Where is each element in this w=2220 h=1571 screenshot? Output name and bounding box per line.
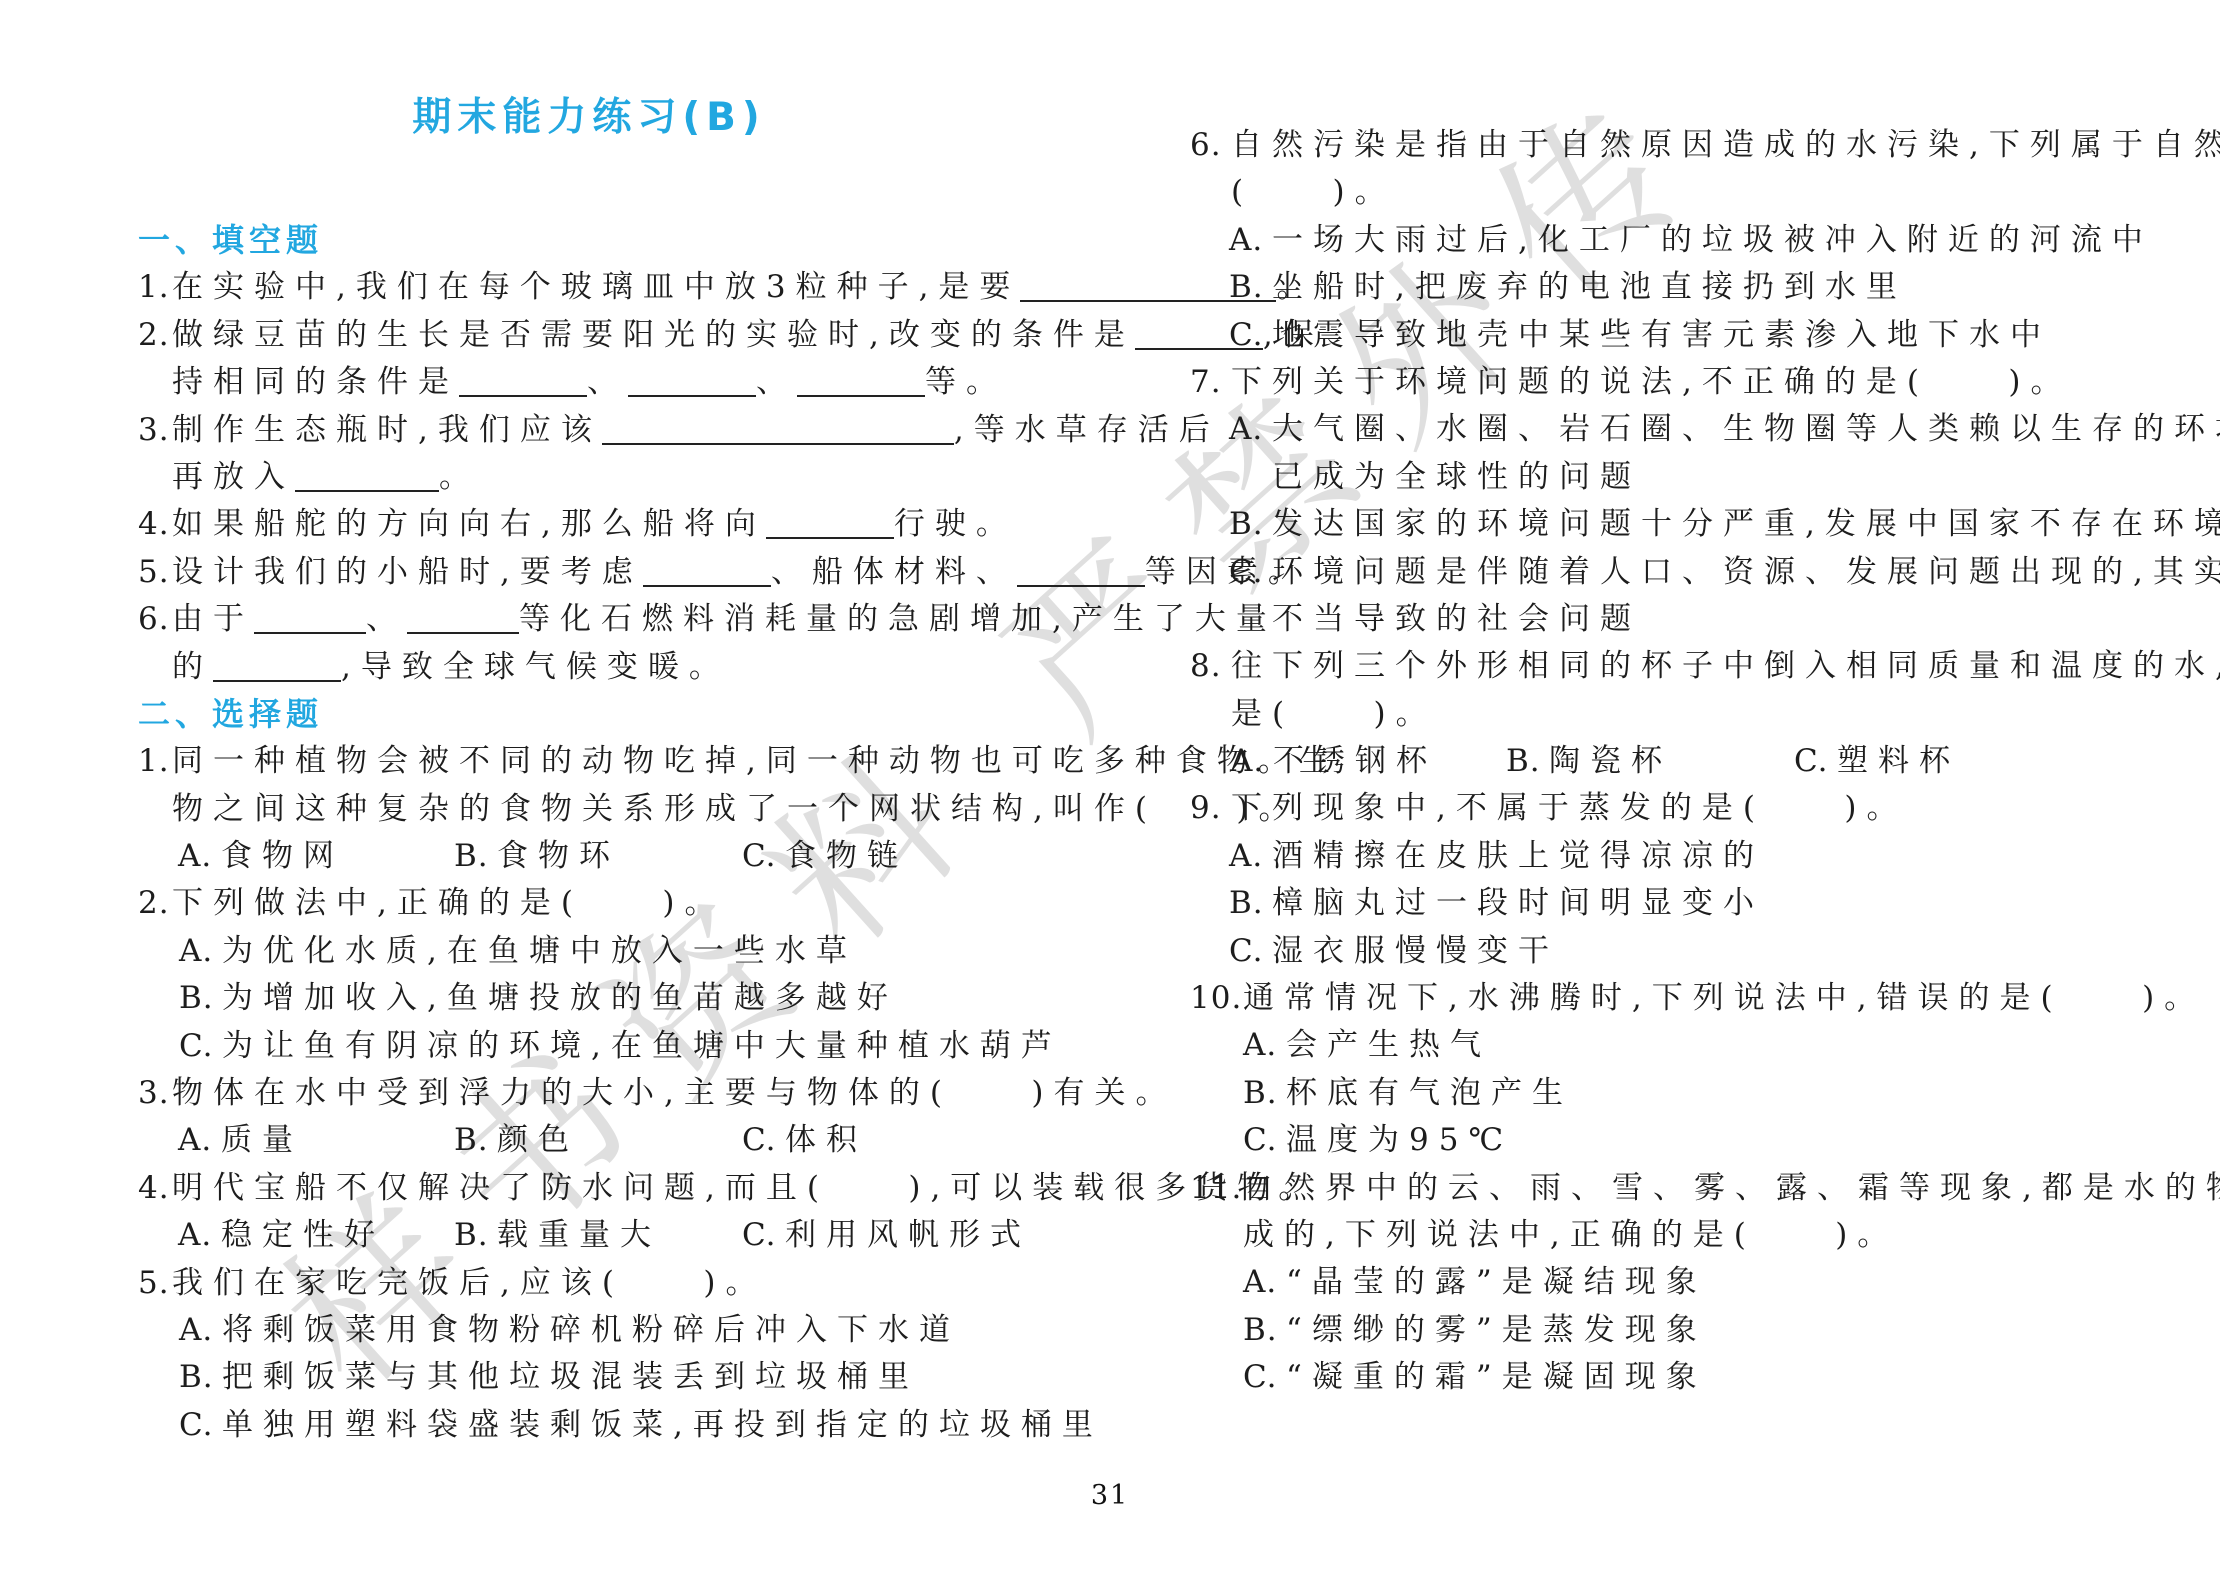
option-line: A.质量 [178,1117,303,1164]
option-text: 把剩饭菜与其他垃圾混装丢到垃圾桶里 [222,1354,919,1401]
page-number: 31 [0,1480,2220,1511]
option-text: 地震导致地壳中某些有害元素渗入地下水中 [1272,312,2051,359]
right-column: 6.自然污染是指由于自然原因造成的水污染,下列属于自然污染的是( )。A.一场大… [1190,122,2110,1402]
continuation-line: 持相同的条件是、、等。 [138,359,1040,406]
option-letter: A. [1229,217,1272,264]
question-text: 下列做法中,正确的是( )。 [172,880,725,927]
option-text: 温度为95℃ [1286,1117,1513,1164]
answer-blank [766,507,894,539]
option-line: B.食物环 [454,833,620,880]
option-continuation-line: 已成为全球性的问题 [1190,454,2110,501]
option-letter: A. [1229,406,1272,453]
question-line: 1.同一种植物会被不同的动物吃掉,同一种动物也可吃多种食物。生 [138,738,1040,785]
question-text: 下列关于环境问题的说法,不正确的是( )。 [1231,359,2071,406]
option-letter: B. [1229,264,1272,311]
question-line: 3.物体在水中受到浮力的大小,主要与物体的( )有关。 [138,1070,1040,1117]
option-text: 酒精擦在皮肤上觉得凉凉的 [1272,833,1764,880]
option-letter: C. [1229,928,1272,975]
question-line: 9.下列现象中,不属于蒸发的是( )。 [1190,785,2110,832]
options-row: A.食物网B.食物环C.食物链 [138,833,1040,880]
question-line: 5.设计我们的小船时,要考虑、船体材料、等因素。 [138,549,1040,596]
option-text: 单独用塑料袋盛装剩饭菜,再投到指定的垃圾桶里 [222,1402,1103,1449]
answer-blank [1017,555,1145,587]
options-row: A.质量B.颜色C.体积 [138,1117,1040,1164]
question-line: 1.在实验中,我们在每个玻璃皿中放3粒种子,是要。 [138,264,1040,311]
option-line: A.一场大雨过后,化工厂的垃圾被冲入附近的河流中 [1190,217,2110,264]
option-line: A.为优化水质,在鱼塘中放入一些水草 [138,928,1040,975]
question-text: 明代宝船不仅解决了防水问题,而且( ),可以装载很多货物。 [172,1165,1319,1212]
question-line: 6.由于、等化石燃料消耗量的急剧增加,产生了大量 [138,596,1040,643]
worksheet-page: 样书资料 严禁外传 期末能力练习(B) 一、填空题1.在实验中,我们在每个玻璃皿… [0,0,2220,1571]
option-text: 为让鱼有阴凉的环境,在鱼塘中大量种植水葫芦 [222,1023,1062,1070]
option-letter: C. [1229,312,1272,359]
question-text: 同一种植物会被不同的动物吃掉,同一种动物也可吃多种食物。生 [172,738,1340,785]
answer-blank [643,555,771,587]
question-number: 1. [138,264,172,311]
left-column: 一、填空题1.在实验中,我们在每个玻璃皿中放3粒种子,是要。2.做绿豆苗的生长是… [138,217,1040,1449]
answer-blank [797,365,925,397]
option-line: A.将剩饭菜用食物粉碎机粉碎后冲入下水道 [138,1307,1040,1354]
option-letter: A. [1243,1259,1286,1306]
option-letter: A. [179,1307,222,1354]
option-letter: B. [179,975,222,1022]
question-number: 2. [138,312,172,359]
question-number: 6. [138,596,172,643]
question-line: 2.做绿豆苗的生长是否需要阳光的实验时,改变的条件是,保 [138,312,1040,359]
question-number: 5. [138,549,172,596]
option-line: C.为让鱼有阴凉的环境,在鱼塘中大量种植水葫芦 [138,1023,1040,1070]
answer-blank [295,460,439,492]
option-text: 大气圈、水圈、岩石圈、生物圈等人类赖以生存的环境遭到污染, [1272,406,2220,453]
question-text: 自然界中的云、雨、雪、雾、露、霜等现象,都是水的物态发生变化形 [1243,1165,2220,1212]
continuation-line: 是( )。 [1190,691,2110,738]
question-number: 5. [138,1260,172,1307]
option-line: A.酒精擦在皮肤上觉得凉凉的 [1190,833,2110,880]
option-text: 不锈钢杯 [1273,738,1437,785]
option-letter: B. [1229,501,1272,548]
question-line: 11.自然界中的云、雨、雪、雾、露、霜等现象,都是水的物态发生变化形 [1190,1165,2110,1212]
option-text: 塑料杯 [1837,738,1960,785]
option-text: “凝重的霜”是凝固现象 [1286,1354,1707,1401]
answer-blank [254,602,366,634]
option-text: 食物网 [221,833,344,880]
option-text: 樟脑丸过一段时间明显变小 [1272,880,1764,927]
option-letter: A. [1229,833,1272,880]
option-letter: A. [1243,1022,1286,1069]
option-line: B.为增加收入,鱼塘投放的鱼苗越多越好 [138,975,1040,1022]
question-number: 4. [138,1165,172,1212]
option-letter: C. [179,1023,222,1070]
question-line: 10.通常情况下,水沸腾时,下列说法中,错误的是( )。 [1190,975,2110,1022]
option-line: C.食物链 [742,833,908,880]
question-number: 10. [1190,975,1243,1022]
option-line: A.“晶莹的露”是凝结现象 [1190,1259,2110,1306]
answer-blank [213,650,341,682]
question-line: 3.制作生态瓶时,我们应该,等水草存活后 [138,407,1040,454]
question-line: 7.下列关于环境问题的说法,不正确的是( )。 [1190,359,2110,406]
option-letter: C. [179,1402,222,1449]
question-line: 8.往下列三个外形相同的杯子中倒入相同质量和温度的水,凉得最快的 [1190,643,2110,690]
question-text: 由于、等化石燃料消耗量的急剧增加,产生了大量 [172,596,1277,643]
question-number: 3. [138,407,172,454]
option-line: B.陶瓷杯 [1506,738,1672,785]
question-text: 在实验中,我们在每个玻璃皿中放3粒种子,是要。 [172,264,1317,311]
option-text: 稳定性好 [221,1212,385,1259]
option-text: 质量 [221,1117,303,1164]
option-text: 将剩饭菜用食物粉碎机粉碎后冲入下水道 [222,1307,960,1354]
option-text: “缥缈的雾”是蒸发现象 [1286,1307,1707,1354]
option-line: C.环境问题是伴随着人口、资源、发展问题出现的,其实质就是发展 [1190,549,2110,596]
question-number: 7. [1190,359,1231,406]
answer-blank [602,413,954,445]
option-line: C.体积 [742,1117,867,1164]
page-title: 期末能力练习(B) [138,86,1040,142]
option-line: B.把剩饭菜与其他垃圾混装丢到垃圾桶里 [138,1354,1040,1401]
option-text: 会产生热气 [1286,1022,1491,1069]
option-text: 利用风帆形式 [785,1212,1031,1259]
continuation-line: 再放入。 [138,454,1040,501]
continuation-line: 的,导致全球气候变暖。 [138,644,1040,691]
continuation-line: 成的,下列说法中,正确的是( )。 [1190,1212,2110,1259]
option-line: A.大气圈、水圈、岩石圈、生物圈等人类赖以生存的环境遭到污染, [1190,406,2110,453]
option-letter: C. [742,833,785,880]
section-heading: 一、填空题 [138,217,1040,264]
option-text: “晶莹的露”是凝结现象 [1286,1259,1707,1306]
option-text: 陶瓷杯 [1549,738,1672,785]
option-text: 湿衣服慢慢变干 [1272,928,1559,975]
option-letter: B. [454,833,497,880]
option-text: 发达国家的环境问题十分严重,发展中国家不存在环境问题 [1272,501,2220,548]
option-line: B.发达国家的环境问题十分严重,发展中国家不存在环境问题 [1190,501,2110,548]
option-line: C.塑料杯 [1794,738,1960,785]
option-letter: A. [178,833,221,880]
options-row: A.稳定性好B.载重量大C.利用风帆形式 [138,1212,1040,1259]
option-line: B.“缥缈的雾”是蒸发现象 [1190,1307,2110,1354]
option-letter: A. [1230,738,1273,785]
option-letter: C. [1243,1354,1286,1401]
question-line: 4.如果船舵的方向向右,那么船将向行驶。 [138,501,1040,548]
option-text: 坐船时,把废弃的电池直接扔到水里 [1272,264,1907,311]
option-text: 载重量大 [497,1212,661,1259]
option-text: 为增加收入,鱼塘投放的鱼苗越多越好 [222,975,898,1022]
continuation-line: 物之间这种复杂的食物关系形成了一个网状结构,叫作( )。 [138,786,1040,833]
option-letter: C. [1794,738,1837,785]
option-line: C.单独用塑料袋盛装剩饭菜,再投到指定的垃圾桶里 [138,1402,1040,1449]
option-line: C.地震导致地壳中某些有害元素渗入地下水中 [1190,312,2110,359]
question-number: 1. [138,738,172,785]
option-letter: B. [1506,738,1549,785]
option-letter: B. [454,1212,497,1259]
question-number: 9. [1190,785,1231,832]
option-continuation-line: 不当导致的社会问题 [1190,596,2110,643]
question-text: 下列现象中,不属于蒸发的是( )。 [1231,785,1907,832]
option-text: 颜色 [497,1117,579,1164]
option-letter: A. [178,1117,221,1164]
question-line: 5.我们在家吃完饭后,应该( )。 [138,1260,1040,1307]
question-text: 往下列三个外形相同的杯子中倒入相同质量和温度的水,凉得最快的 [1231,643,2220,690]
option-line: C.“凝重的霜”是凝固现象 [1190,1354,2110,1401]
option-line: B.坐船时,把废弃的电池直接扔到水里 [1190,264,2110,311]
question-line: 4.明代宝船不仅解决了防水问题,而且( ),可以装载很多货物。 [138,1165,1040,1212]
answer-blank [628,365,756,397]
question-line: 6.自然污染是指由于自然原因造成的水污染,下列属于自然污染的是 [1190,122,2110,169]
options-row: A.不锈钢杯B.陶瓷杯C.塑料杯 [1190,738,2110,785]
option-line: A.食物网 [178,833,344,880]
option-letter: C. [1243,1117,1286,1164]
question-number: 11. [1190,1165,1243,1212]
option-letter: A. [179,928,222,975]
option-line: B.杯底有气泡产生 [1190,1070,2110,1117]
option-text: 食物链 [785,833,908,880]
answer-blank [459,365,587,397]
question-number: 2. [138,880,172,927]
section-heading: 二、选择题 [138,691,1040,738]
option-line: B.樟脑丸过一段时间明显变小 [1190,880,2110,927]
question-text: 做绿豆苗的生长是否需要阳光的实验时,改变的条件是,保 [172,312,1324,359]
option-letter: B. [1243,1307,1286,1354]
option-letter: B. [179,1354,222,1401]
question-text: 自然污染是指由于自然原因造成的水污染,下列属于自然污染的是 [1231,122,2220,169]
option-text: 环境问题是伴随着人口、资源、发展问题出现的,其实质就是发展 [1272,549,2220,596]
option-line: A.稳定性好 [178,1212,385,1259]
question-text: 物体在水中受到浮力的大小,主要与物体的( )有关。 [172,1070,1176,1117]
option-letter: B. [1229,880,1272,927]
option-line: B.载重量大 [454,1212,661,1259]
question-number: 8. [1190,643,1231,690]
option-line: B.颜色 [454,1117,579,1164]
option-line: A.不锈钢杯 [1230,738,1437,785]
option-letter: B. [1243,1070,1286,1117]
continuation-line: ( )。 [1190,169,2110,216]
option-line: C.湿衣服慢慢变干 [1190,928,2110,975]
option-letter: C. [1229,549,1272,596]
question-number: 6. [1190,122,1231,169]
option-letter: A. [178,1212,221,1259]
option-letter: B. [454,1117,497,1164]
question-text: 通常情况下,水沸腾时,下列说法中,错误的是( )。 [1243,975,2205,1022]
question-text: 我们在家吃完饭后,应该( )。 [172,1260,766,1307]
option-letter: C. [742,1212,785,1259]
option-line: C.利用风帆形式 [742,1212,1031,1259]
question-text: 制作生态瓶时,我们应该,等水草存活后 [172,407,1220,454]
option-text: 一场大雨过后,化工厂的垃圾被冲入附近的河流中 [1272,217,2153,264]
question-text: 设计我们的小船时,要考虑、船体材料、等因素。 [172,549,1309,596]
question-number: 3. [138,1070,172,1117]
option-text: 为优化水质,在鱼塘中放入一些水草 [222,928,857,975]
question-number: 4. [138,501,172,548]
option-line: A.会产生热气 [1190,1022,2110,1069]
option-text: 食物环 [497,833,620,880]
question-line: 2.下列做法中,正确的是( )。 [138,880,1040,927]
option-letter: C. [742,1117,785,1164]
answer-blank [407,602,519,634]
option-line: C.温度为95℃ [1190,1117,2110,1164]
option-text: 杯底有气泡产生 [1286,1070,1573,1117]
question-text: 如果船舵的方向向右,那么船将向行驶。 [172,501,1017,548]
option-text: 体积 [785,1117,867,1164]
